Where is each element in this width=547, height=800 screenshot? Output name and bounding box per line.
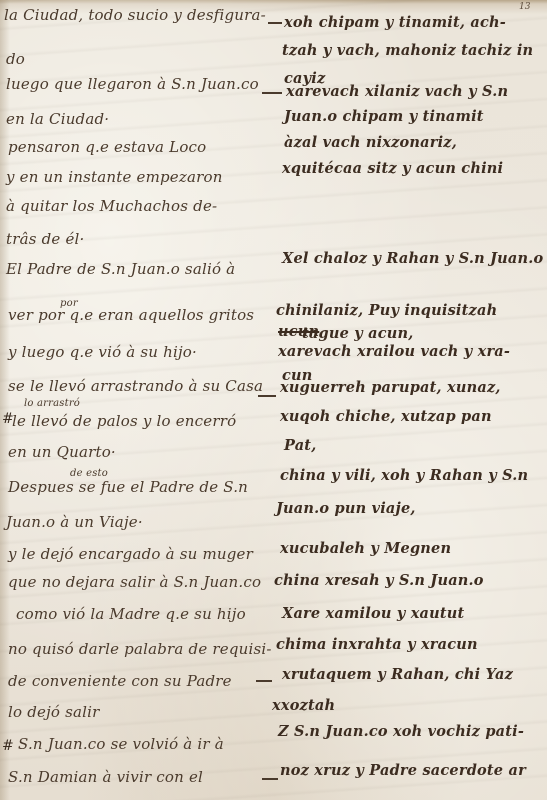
line-connector-dash <box>256 680 272 682</box>
manuscript-line-spanish: de conveniente con su Padre <box>8 672 232 690</box>
manuscript-line-kiche: Juan.o pun viaje, <box>276 500 416 517</box>
manuscript-line-kiche: chima inxrahta y xracun <box>276 636 478 653</box>
manuscript-line-kiche: xoh chipam y tinamit, ach- <box>284 14 506 31</box>
manuscript-line-kiche: xuguerreh parupat, xunaz, <box>280 379 501 396</box>
interlinear-insertion: lo arrastró <box>24 398 80 409</box>
manuscript-line-kiche: chinilaniz, Puy inquisitzah <box>276 302 497 319</box>
line-connector-dash <box>262 92 282 94</box>
manuscript-line-spanish: Juan.o à un Viaje· <box>6 513 143 531</box>
manuscript-line-kiche: xquitécaa sitz y acun chini <box>282 160 503 177</box>
manuscript-line-kiche: àzal vach nixzonariz, <box>284 134 457 151</box>
manuscript-line-spanish: lo dejó salir <box>8 703 100 721</box>
manuscript-line-kiche: xxoztah <box>272 697 335 714</box>
manuscript-line-kiche: xuqoh chiche, xutzap pan <box>280 408 492 425</box>
line-connector-dash <box>258 395 276 397</box>
manuscript-line-spanish: El Padre de S.n Juan.o salió à <box>6 260 235 278</box>
manuscript-line-kiche: china xresah y S.n Juan.o <box>274 572 484 589</box>
manuscript-line-spanish: se le llevó arrastrando à su Casa <box>8 377 263 395</box>
manuscript-line-spanish: en un Quarto· <box>8 443 116 461</box>
manuscript-line-spanish: luego que llegaron à S.n Juan.co <box>6 75 259 93</box>
line-connector-dash <box>262 778 278 780</box>
manuscript-line-spanish: que no dejara salir à S.n Juan.co <box>8 573 261 591</box>
paragraph-mark-icon: # <box>2 411 14 427</box>
manuscript-line-spanish: à quitar los Muchachos de- <box>6 197 217 215</box>
manuscript-line-kiche: tzah y vach, mahoniz tachiz in <box>282 42 533 59</box>
paragraph-mark-icon: # <box>2 738 14 754</box>
manuscript-line-spanish: ver por q.e eran aquellos gritos <box>8 306 254 324</box>
manuscript-line-kiche: Z S.n Juan.co xoh vochiz pati- <box>278 723 524 740</box>
interlinear-insertion: por <box>60 298 78 309</box>
manuscript-line-spanish: S.n Damian à vivir con el <box>8 768 203 786</box>
manuscript-line-spanish: Despues se fue el Padre de S.n <box>8 478 248 496</box>
manuscript-line-spanish: S.n Juan.co se volvió à ir à <box>18 735 224 753</box>
manuscript-line-kiche: xucubaleh y Megnen <box>280 540 451 557</box>
manuscript-line-kiche: Pat, <box>284 437 316 454</box>
manuscript-line-spanish: y luego q.e vió à su hijo· <box>8 343 197 361</box>
manuscript-line-kiche: xarevach xilaniz vach y S.n <box>286 83 508 100</box>
manuscript-line-spanish: en la Ciudad· <box>6 110 109 128</box>
manuscript-line-kiche: Xel chaloz y Rahan y S.n Juan.o <box>282 250 543 267</box>
manuscript-line-kiche: noz xruz y Padre sacerdote ar <box>280 762 526 779</box>
manuscript-line-spanish: y le dejó encargado à su muger <box>8 545 253 563</box>
manuscript-line-spanish: trâs de él· <box>6 230 85 248</box>
manuscript-line-spanish: pensaron q.e estava Loco <box>8 138 206 156</box>
manuscript-line-spanish: la Ciudad, todo sucio y desfigura- <box>4 6 266 24</box>
manuscript-line-kiche: china y vili, xoh y Rahan y S.n <box>280 467 528 484</box>
manuscript-line-spanish: le llevó de palos y lo encerró <box>12 412 236 430</box>
manuscript-line-kiche: xarevach xrailou vach y xra- <box>278 343 510 360</box>
manuscript-line-spanish: y en un instante empezaron <box>6 168 223 186</box>
line-connector-dash <box>268 22 282 24</box>
manuscript-line-kiche: xrutaquem y Rahan, chi Yaz <box>282 666 513 683</box>
manuscript-page: 13 la Ciudad, todo sucio y desfigura-dol… <box>0 0 547 800</box>
folio-number: 13 <box>519 2 530 12</box>
manuscript-line-kiche: Xare xamilou y xautut <box>282 605 464 622</box>
manuscript-line-spanish: como vió la Madre q.e su hijo <box>16 605 246 623</box>
manuscript-line-kiche: Juan.o chipam y tinamit <box>284 108 484 125</box>
interlinear-insertion: de esto <box>70 468 108 479</box>
manuscript-line-spanish: do <box>6 50 25 68</box>
manuscript-line-spanish: no quisó darle palabra de requisi- <box>8 640 272 658</box>
struck-word: ucun <box>278 323 319 340</box>
